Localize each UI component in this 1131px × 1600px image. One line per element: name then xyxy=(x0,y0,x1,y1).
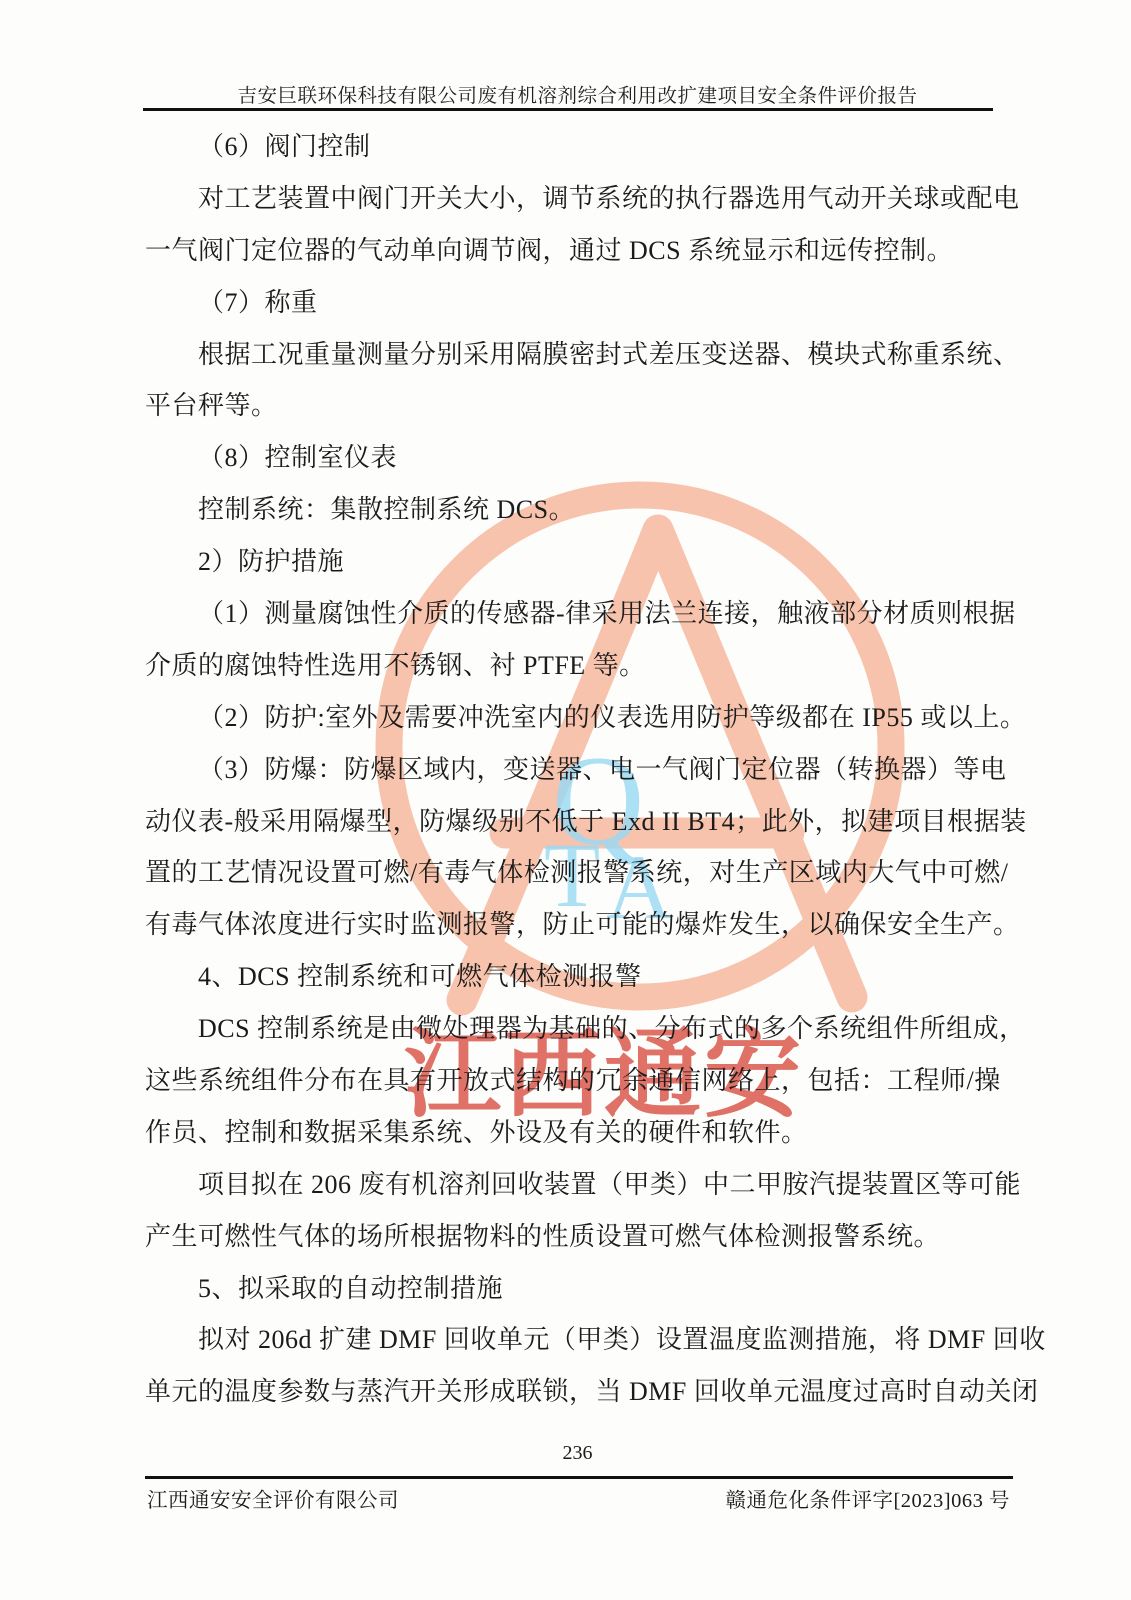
body-text: （6）阀门控制对工艺装置中阀门开关大小，调节系统的执行器选用气动开关球或配电一气… xyxy=(145,121,1015,1418)
body-line: 一气阀门定位器的气动单向调节阀，通过 DCS 系统显示和远传控制。 xyxy=(145,225,1015,277)
body-line: 有毒气体浓度进行实时监测报警，防止可能的爆炸发生，以确保安全生产。 xyxy=(145,899,1015,951)
body-line: 平台秤等。 xyxy=(145,380,1015,432)
body-line: 4、DCS 控制系统和可燃气体检测报警 xyxy=(145,951,1015,1003)
body-line: 2）防护措施 xyxy=(145,536,1015,588)
body-line: 5、拟采取的自动控制措施 xyxy=(145,1263,1015,1315)
body-line: 单元的温度参数与蒸汽开关形成联锁，当 DMF 回收单元温度过高时自动关闭 xyxy=(145,1366,1015,1418)
body-line: 介质的腐蚀特性选用不锈钢、衬 PTFE 等。 xyxy=(145,640,1015,692)
body-line: 项目拟在 206 废有机溶剂回收装置（甲类）中二甲胺汽提装置区等可能 xyxy=(145,1159,1015,1211)
footer-doc-number: 赣通危化条件评字[2023]063 号 xyxy=(725,1483,1010,1513)
body-line: （3）防爆：防爆区域内，变送器、电一气阀门定位器（转换器）等电 xyxy=(145,744,1015,796)
body-line: 这些系统组件分布在具有开放式结构的冗余通信网络上，包括：工程师/操 xyxy=(145,1055,1015,1107)
header-rule xyxy=(143,108,993,111)
footer-company: 江西通安安全评价有限公司 xyxy=(147,1483,399,1513)
body-line: 作员、控制和数据采集系统、外设及有关的硬件和软件。 xyxy=(145,1107,1015,1159)
body-line: 控制系统：集散控制系统 DCS。 xyxy=(145,484,1015,536)
body-line: （6）阀门控制 xyxy=(145,121,1015,173)
footer-rule xyxy=(145,1476,1013,1479)
document-page: Q T A 江西通安 吉安巨联环保科技有限公司废有机溶剂综合利用改扩建项目安全条… xyxy=(0,0,1131,1600)
body-line: （2）防护:室外及需要冲洗室内的仪表选用防护等级都在 IP55 或以上。 xyxy=(145,692,1015,744)
body-line: （8）控制室仪表 xyxy=(145,432,1015,484)
body-line: 根据工况重量测量分别采用隔膜密封式差压变送器、模块式称重系统、 xyxy=(145,329,1015,381)
body-line: 置的工艺情况设置可燃/有毒气体检测报警系统，对生产区域内大气中可燃/ xyxy=(145,847,1015,899)
body-line: DCS 控制系统是由微处理器为基础的、分布式的多个系统组件所组成， xyxy=(145,1003,1015,1055)
body-line: 拟对 206d 扩建 DMF 回收单元（甲类）设置温度监测措施，将 DMF 回收 xyxy=(145,1314,1015,1366)
body-line: 产生可燃性气体的场所根据物料的性质设置可燃气体检测报警系统。 xyxy=(145,1211,1015,1263)
body-line: （1）测量腐蚀性介质的传感器-律采用法兰连接，触液部分材质则根据 xyxy=(145,588,1015,640)
body-line: 动仪表-般采用隔爆型，防爆级别不低于 Exd II BT4；此外，拟建项目根据装 xyxy=(145,796,1015,848)
body-line: （7）称重 xyxy=(145,277,1015,329)
header-title: 吉安巨联环保科技有限公司废有机溶剂综合利用改扩建项目安全条件评价报告 xyxy=(145,80,1010,108)
body-line: 对工艺装置中阀门开关大小，调节系统的执行器选用气动开关球或配电 xyxy=(145,173,1015,225)
page-number: 236 xyxy=(145,1442,1010,1465)
